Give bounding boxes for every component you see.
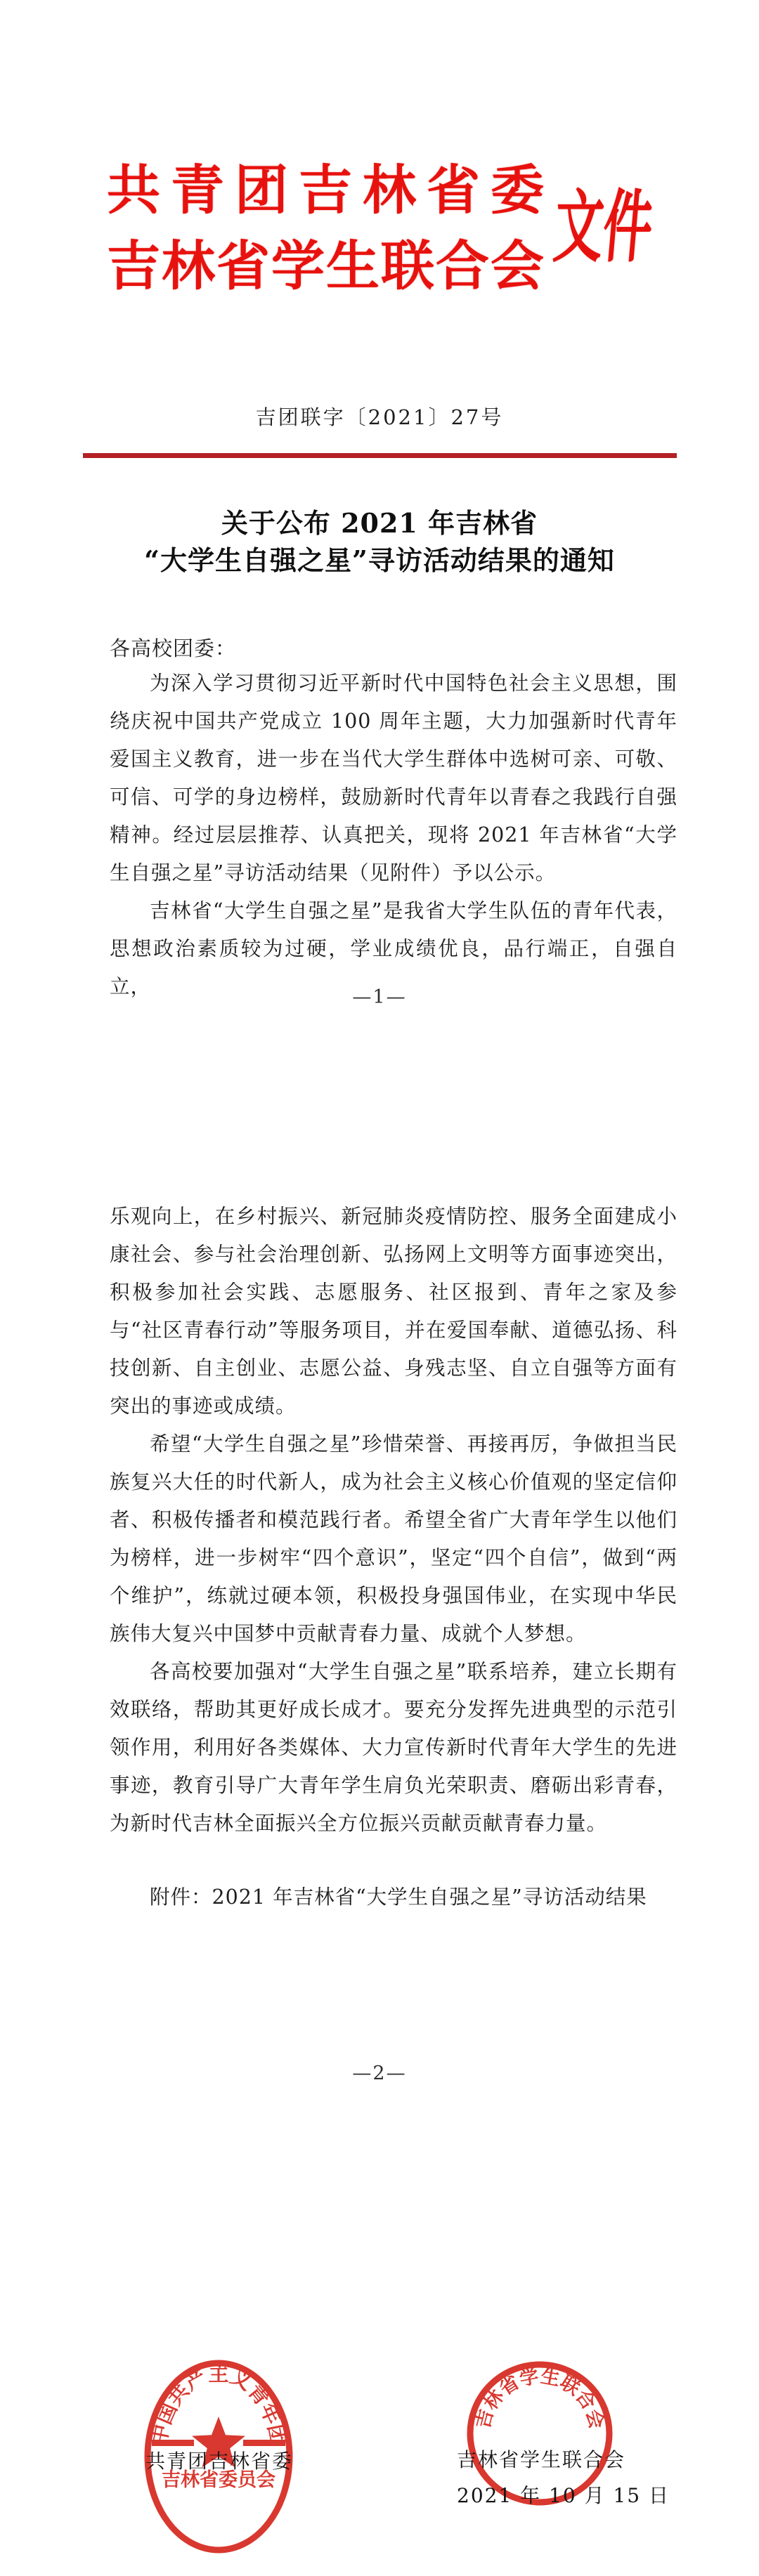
right-seal-arc-text: 吉林省学生联合会 bbox=[472, 2365, 608, 2431]
doc-title: 关于公布 2021 年吉林省 “大学生自强之星”寻访活动结果的通知 bbox=[0, 504, 759, 579]
file-mark: 文件 bbox=[551, 188, 656, 267]
official-document-scan: 共青团吉林省委 吉林省学生联合会 文件 吉团联字〔2021〕27号 关于公布 2… bbox=[0, 0, 759, 2576]
issue-date: 2021 年 10 月 15 日 bbox=[457, 2480, 670, 2509]
page-number-2: —2— bbox=[0, 2062, 759, 2084]
paragraph: 为深入学习贯彻习近平新时代中国特色社会主义思想，围绕庆祝中国共产党成立 100 … bbox=[110, 665, 677, 892]
svg-text:吉林省学生联合会: 吉林省学生联合会 bbox=[472, 2365, 608, 2431]
letterhead-line-2: 吉林省学生联合会 bbox=[107, 236, 544, 296]
signature-left-org: 共青团吉林省委 bbox=[145, 2446, 293, 2474]
doc-title-line-1: 关于公布 2021 年吉林省 bbox=[0, 504, 759, 542]
paragraph: 各高校要加强对“大学生自强之星”联系培养，建立长期有效联络，帮助其更好成长成才。… bbox=[110, 1653, 677, 1843]
left-seal-left-bar bbox=[152, 2440, 194, 2446]
page1-body: 为深入学习贯彻习近平新时代中国特色社会主义思想，围绕庆祝中国共产党成立 100 … bbox=[110, 665, 677, 1006]
signature-right-org: 吉林省学生联合会 bbox=[457, 2445, 625, 2473]
salutation: 各高校团委： bbox=[110, 633, 236, 662]
red-divider-rule bbox=[83, 453, 677, 458]
attachment-line: 附件：2021 年吉林省“大学生自强之星”寻访活动结果 bbox=[110, 1881, 677, 1910]
paragraph: 希望“大学生自强之星”珍惜荣誉、再接再厉，争做担当民族复兴大任的时代新人，成为社… bbox=[110, 1425, 677, 1653]
letterhead-line-1: 共青团吉林省委 bbox=[107, 160, 544, 221]
page-number-1: —1— bbox=[0, 986, 759, 1008]
paragraph: 乐观向上，在乡村振兴、新冠肺炎疫情防控、服务全面建成小康社会、参与社会治理创新、… bbox=[110, 1198, 677, 1425]
doc-number: 吉团联字〔2021〕27号 bbox=[0, 402, 759, 431]
doc-title-line-2: “大学生自强之星”寻访活动结果的通知 bbox=[0, 542, 759, 579]
page2-body: 乐观向上，在乡村振兴、新冠肺炎疫情防控、服务全面建成小康社会、参与社会治理创新、… bbox=[110, 1198, 677, 1843]
left-seal-right-bar bbox=[243, 2440, 285, 2446]
